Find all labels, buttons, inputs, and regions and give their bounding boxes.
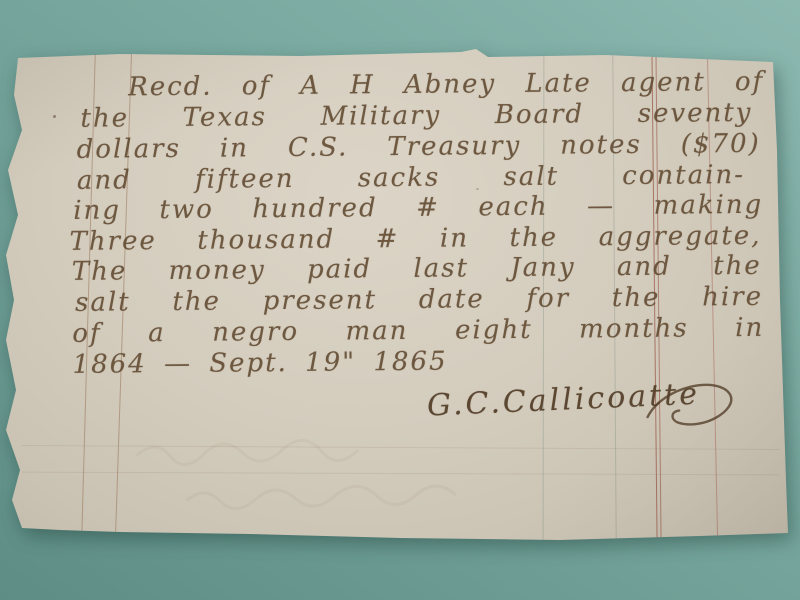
handwritten-line: Three thousand # in the aggregate, [69,223,761,255]
handwritten-line: The money paid last Jany and the [72,253,762,285]
handwritten-line: ing two hundred # each — making [73,192,763,224]
handwritten-date-line: 1864 — Sept. 19" 1865 [72,348,492,378]
handwritten-line: Recd. of A H Abney Late agent of [128,69,764,101]
photo-background: Recd. of A H Abney Late agent of the Tex… [0,0,800,600]
receipt-paper: Recd. of A H Abney Late agent of the Tex… [6,46,796,544]
handwritten-line: dollars in C.S. Treasury notes ($70) [77,131,761,163]
handwritten-line: of a negro man eight months in [72,315,764,347]
handwritten-text-block: Recd. of A H Abney Late agent of the Tex… [4,43,798,548]
handwritten-line: the Texas Military Board seventy [80,100,752,132]
paper-shadow: Recd. of A H Abney Late agent of the Tex… [6,46,796,544]
handwritten-line: salt the present date for the hire [75,284,763,316]
signature-flourish-icon [641,372,746,444]
handwritten-line: and fifteen sacks salt contain- [77,162,745,194]
